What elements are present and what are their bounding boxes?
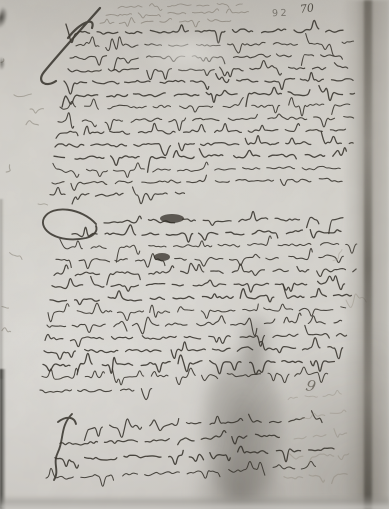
photo-left-edge-faint xyxy=(0,199,4,379)
binding-edge-streak xyxy=(364,0,372,509)
ink-blot xyxy=(154,253,170,261)
photo-bottom-edge xyxy=(0,495,389,509)
faded-ink-stain xyxy=(138,30,238,76)
manuscript-page-photo: 92 70 9 xyxy=(0,0,389,509)
handwritten-folio-number: 70 xyxy=(299,1,314,16)
ink-blot xyxy=(160,214,184,223)
stamped-page-number: 92 xyxy=(272,8,289,20)
left-edge-mark xyxy=(0,57,5,70)
photo-left-edge xyxy=(0,369,6,509)
